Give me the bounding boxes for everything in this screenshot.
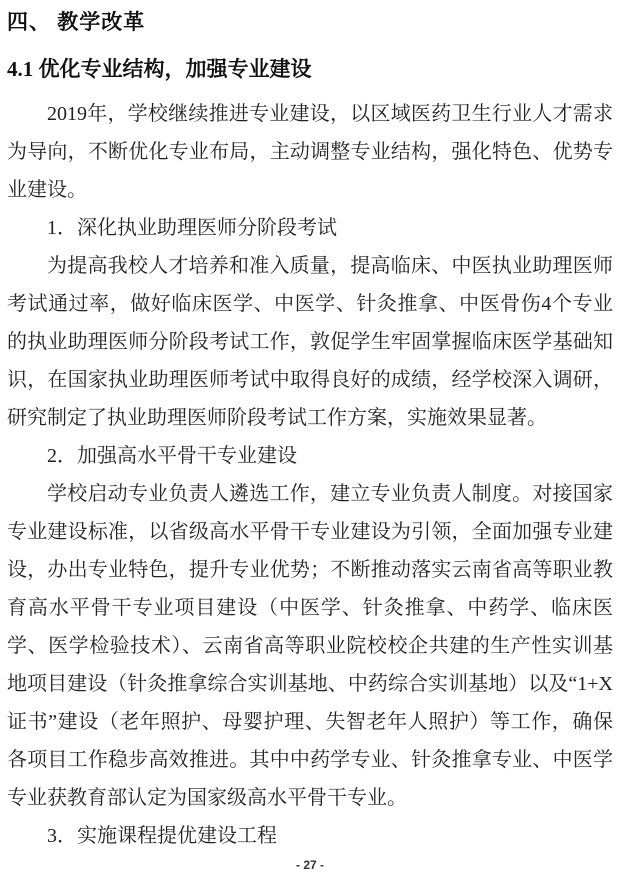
page-number: - 27 - xyxy=(0,858,620,872)
subsection-heading: 4.1 优化专业结构，加强专业建设 xyxy=(7,54,613,84)
list-item-3: 3．实施课程提优建设工程 xyxy=(7,817,613,855)
list-item-2: 2．加强高水平骨干专业建设 xyxy=(7,437,613,475)
paragraph-exam-reform: 为提高我校人才培养和准入质量，提高临床、中医执业助理医师考试通过率，做好临床医学… xyxy=(7,247,613,437)
paragraph-key-majors: 学校启动专业负责人遴选工作，建立专业负责人制度。对接国家专业建设标准，以省级高水… xyxy=(7,475,613,817)
section-heading: 四、 教学改革 xyxy=(7,7,613,37)
document-page: 四、 教学改革 4.1 优化专业结构，加强专业建设 2019年，学校继续推进专业… xyxy=(0,0,620,875)
list-item-1: 1．深化执业助理医师分阶段考试 xyxy=(7,209,613,247)
paragraph-intro: 2019年，学校继续推进专业建设，以区域医药卫生行业人才需求为导向，不断优化专业… xyxy=(7,95,613,209)
